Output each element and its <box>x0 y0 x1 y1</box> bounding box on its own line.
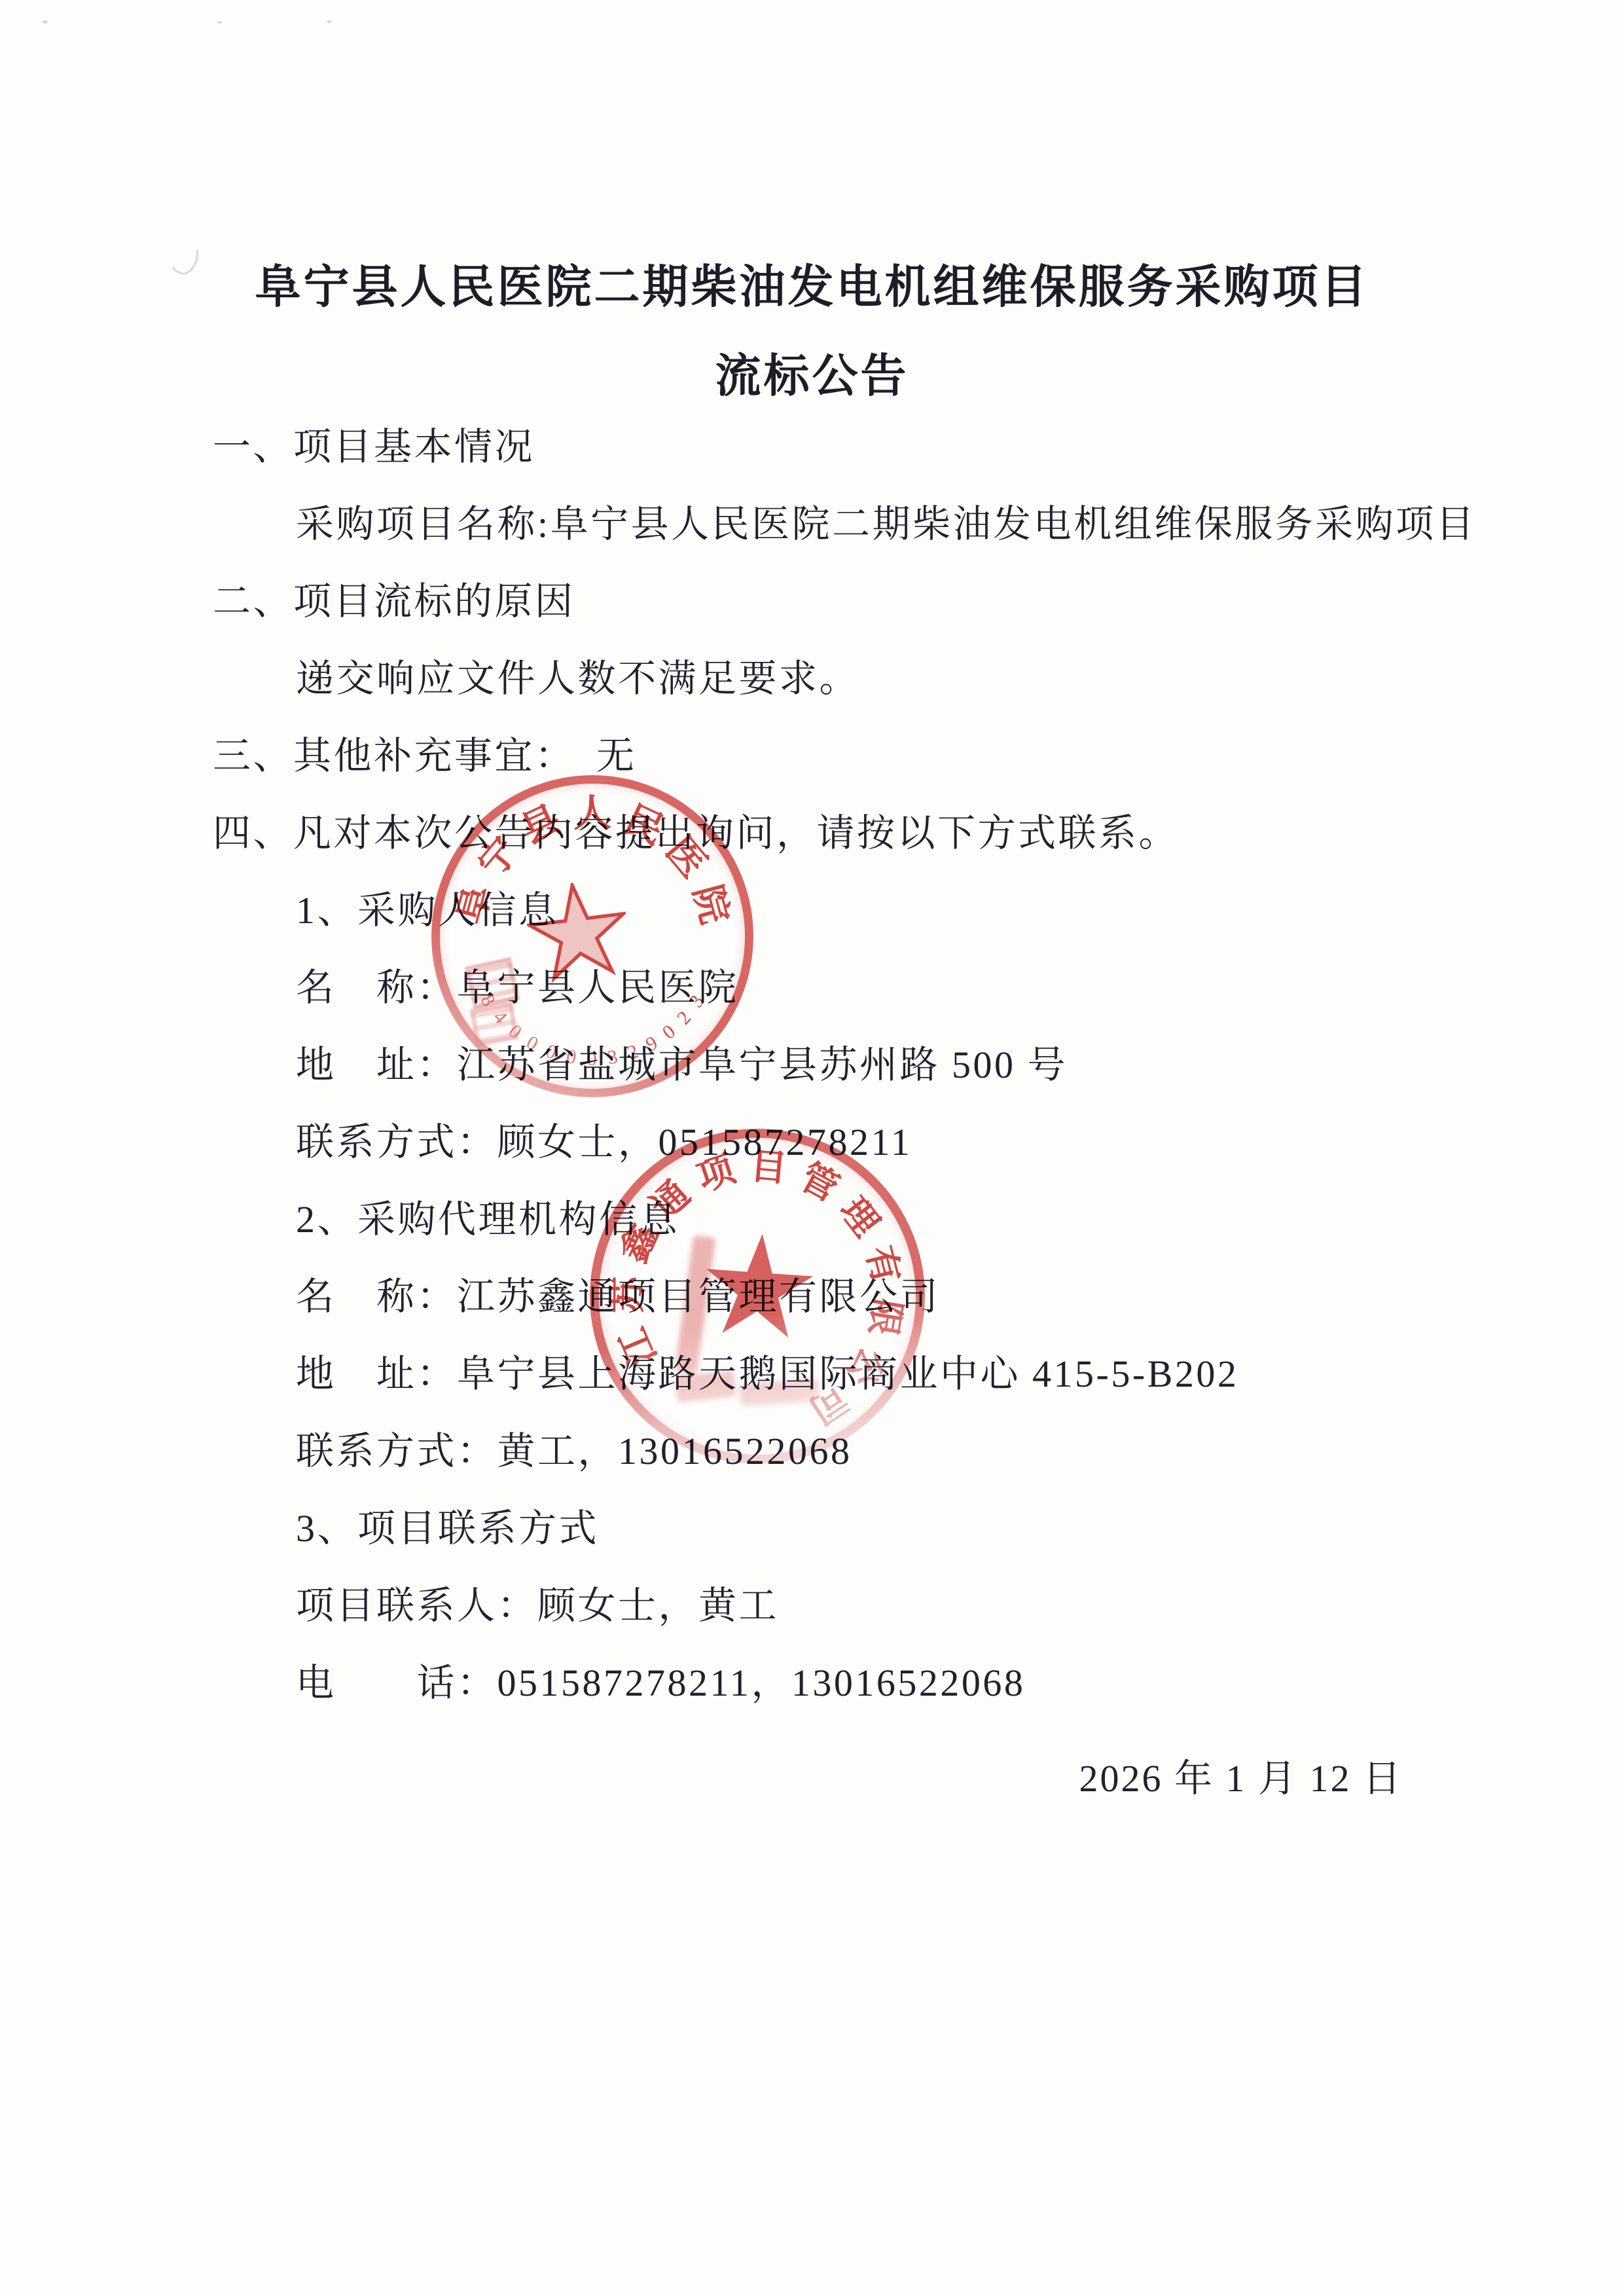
seal-star-icon <box>698 1227 819 1347</box>
paragraph: 二、项目流标的原因 <box>0 563 1624 640</box>
seal-star-icon <box>522 877 633 987</box>
seal-serial-digit: 3 <box>685 991 709 1011</box>
paragraph: 项目联系人：顾女士，黄工 <box>0 1567 1624 1645</box>
seal-ring-char: 目 <box>748 1137 789 1192</box>
seal-ring-char: 医 <box>656 823 723 887</box>
date-line: 2026 年 1 月 12 日 <box>1079 1749 1403 1808</box>
paragraph: 四、凡对本次公告内容提出询问，请按以下方式联系。 <box>0 795 1624 872</box>
seal-ring-char: 公 <box>837 1339 901 1398</box>
page-title: 阜宁县人民医院二期柴油发电机组维保服务采购项目 <box>0 257 1624 317</box>
seal-ring-char: 理 <box>830 1185 894 1246</box>
seal-serial-digit: 9 <box>642 1032 662 1056</box>
seal-ring-char: 院 <box>683 878 746 929</box>
paragraph: 三、其他补充事宜： 无 <box>0 718 1624 795</box>
seal-ring-char: 鑫 <box>605 1214 668 1269</box>
seal-ring-char: 苏 <box>599 1276 652 1313</box>
seal-ring-char: 宁 <box>462 823 529 887</box>
seal-serial-digit: 3 <box>606 1046 619 1069</box>
seal-ring-char: 县 <box>510 789 568 855</box>
paragraph: 一、项目基本情况 <box>0 409 1624 486</box>
seal-ring-char: 通 <box>638 1167 700 1230</box>
seal-serial-digit: 0 <box>659 1021 680 1044</box>
seal-serial-digit: 2 <box>673 1007 696 1029</box>
hospital-seal-stamp: 阜宁县人民医院3209230000048 <box>431 775 753 1097</box>
scan-speck <box>327 20 332 23</box>
seal-serial-digit: 2 <box>624 1040 641 1065</box>
paragraph: 名 称：阜宁县人民医院 <box>0 949 1624 1027</box>
scan-speck <box>217 21 222 24</box>
seal-serial-digit: 0 <box>522 1031 542 1055</box>
seal-serial-digit: 0 <box>587 1048 597 1070</box>
document-body: 一、项目基本情况采购项目名称:阜宁县人民医院二期柴油发电机组维保服务采购项目二、… <box>0 409 1624 1722</box>
seal-ring-char: 项 <box>689 1140 741 1202</box>
paragraph: 1、采购人信息 <box>0 872 1624 949</box>
paragraph: 递交响应文件人数不满足要求。 <box>0 640 1624 718</box>
paragraph: 地 址：江苏省盐城市阜宁县苏州路 500 号 <box>0 1027 1624 1104</box>
page-subtitle: 流标公告 <box>0 346 1624 406</box>
seal-ring-char: 江 <box>604 1321 667 1376</box>
seal-ring-char: 管 <box>792 1148 849 1212</box>
seal-ring-char: 民 <box>617 789 675 855</box>
scan-speck <box>42 20 48 24</box>
paragraph: 3、项目联系方式 <box>0 1490 1624 1567</box>
seal-ring-char: 人 <box>573 782 611 837</box>
seal-smudge <box>675 1370 736 1402</box>
agency-seal-stamp: 江苏鑫通项目管理有限公司 <box>590 1129 925 1464</box>
document-page: 阜宁县人民医院二期柴油发电机组维保服务采购项目 流标公告 一、项目基本情况采购项… <box>0 0 1624 2296</box>
paragraph: 电 话：051587278211，13016522068 <box>0 1645 1624 1722</box>
paragraph: 采购项目名称:阜宁县人民医院二期柴油发电机组维保服务采购项目 <box>0 486 1624 563</box>
seal-ring-char: 有 <box>856 1239 915 1288</box>
seal-ring-char: 阜 <box>439 878 501 929</box>
seal-ring-char: 限 <box>859 1296 916 1340</box>
seal-serial-digit: 0 <box>564 1046 578 1069</box>
seal-serial-digit: 0 <box>543 1040 560 1065</box>
